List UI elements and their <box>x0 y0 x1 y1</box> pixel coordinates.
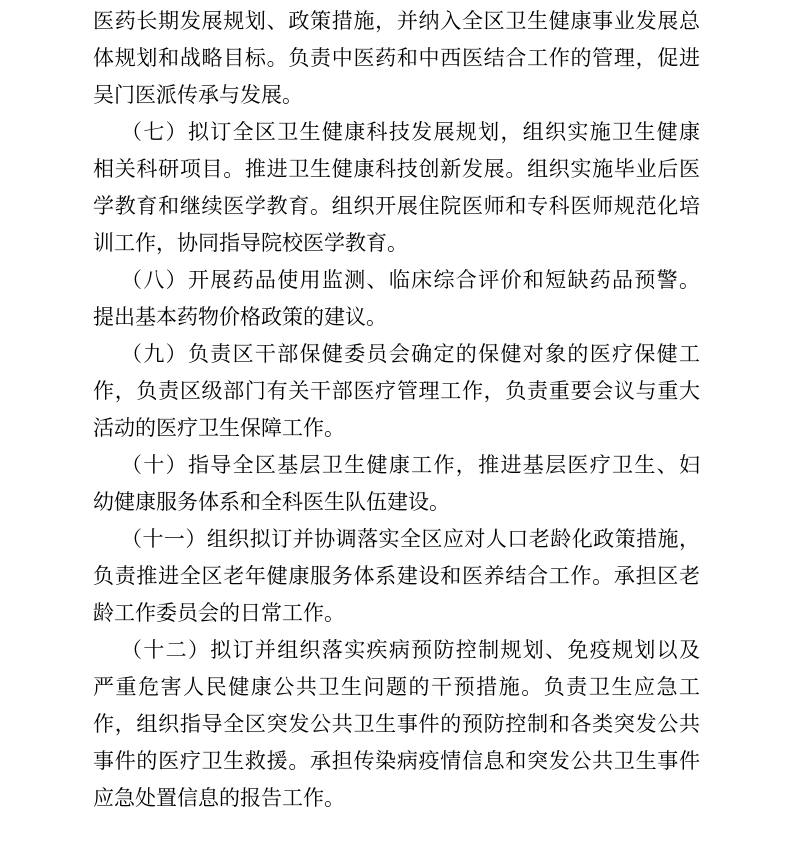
text-line: 体规划和战略目标。负责中医药和中西医结合工作的管理，促进 <box>93 40 700 77</box>
text-line: （八）开展药品使用监测、临床综合评价和短缺药品预警。 <box>93 262 700 299</box>
paragraph: （十二）拟订并组织落实疾病预防控制规划、免疫规划以及严重危害人民健康公共卫生问题… <box>93 632 700 817</box>
text-line: 相关科研项目。推进卫生健康科技创新发展。组织实施毕业后医 <box>93 151 700 188</box>
text-line: 严重危害人民健康公共卫生问题的干预措施。负责卫生应急工 <box>93 669 700 706</box>
document-page: 医药长期发展规划、政策措施，并纳入全区卫生健康事业发展总体规划和战略目标。负责中… <box>0 0 793 851</box>
paragraph: （十一）组织拟订并协调落实全区应对人口老龄化政策措施，负责推进全区老年健康服务体… <box>93 521 700 632</box>
paragraph: 医药长期发展规划、政策措施，并纳入全区卫生健康事业发展总体规划和战略目标。负责中… <box>93 3 700 114</box>
paragraph: （十）指导全区基层卫生健康工作，推进基层医疗卫生、妇幼健康服务体系和全科医生队伍… <box>93 447 700 521</box>
text-line: 事件的医疗卫生救援。承担传染病疫情信息和突发公共卫生事件 <box>93 743 700 780</box>
text-line: （十二）拟订并组织落实疾病预防控制规划、免疫规划以及 <box>93 632 700 669</box>
text-line: 提出基本药物价格政策的建议。 <box>93 299 700 336</box>
text-line: 学教育和继续医学教育。组织开展住院医师和专科医师规范化培 <box>93 188 700 225</box>
text-line: 幼健康服务体系和全科医生队伍建设。 <box>93 484 700 521</box>
paragraph: （七）拟订全区卫生健康科技发展规划，组织实施卫生健康相关科研项目。推进卫生健康科… <box>93 114 700 262</box>
text-line: （十）指导全区基层卫生健康工作，推进基层医疗卫生、妇 <box>93 447 700 484</box>
paragraph: （八）开展药品使用监测、临床综合评价和短缺药品预警。提出基本药物价格政策的建议。 <box>93 262 700 336</box>
text-line: 训工作，协同指导院校医学教育。 <box>93 225 700 262</box>
text-line: 负责推进全区老年健康服务体系建设和医养结合工作。承担区老 <box>93 558 700 595</box>
text-line: 活动的医疗卫生保障工作。 <box>93 410 700 447</box>
text-line: 吴门医派传承与发展。 <box>93 77 700 114</box>
text-line: 龄工作委员会的日常工作。 <box>93 595 700 632</box>
text-line: （九）负责区干部保健委员会确定的保健对象的医疗保健工 <box>93 336 700 373</box>
text-line: （十一）组织拟订并协调落实全区应对人口老龄化政策措施， <box>93 521 700 558</box>
text-line: 应急处置信息的报告工作。 <box>93 780 700 817</box>
text-line: （七）拟订全区卫生健康科技发展规划，组织实施卫生健康 <box>93 114 700 151</box>
text-line: 作，组织指导全区突发公共卫生事件的预防控制和各类突发公共 <box>93 706 700 743</box>
text-line: 作，负责区级部门有关干部医疗管理工作，负责重要会议与重大 <box>93 373 700 410</box>
document-body: 医药长期发展规划、政策措施，并纳入全区卫生健康事业发展总体规划和战略目标。负责中… <box>93 3 700 817</box>
text-line: 医药长期发展规划、政策措施，并纳入全区卫生健康事业发展总 <box>93 3 700 40</box>
paragraph: （九）负责区干部保健委员会确定的保健对象的医疗保健工作，负责区级部门有关干部医疗… <box>93 336 700 447</box>
